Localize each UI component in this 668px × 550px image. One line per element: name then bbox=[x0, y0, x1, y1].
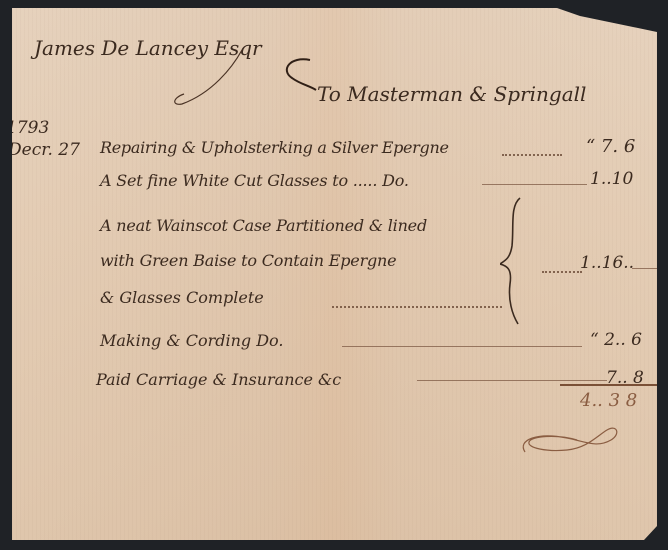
item-4-rule bbox=[632, 268, 657, 269]
flourish-under-addressee bbox=[172, 48, 252, 108]
grouping-brace bbox=[500, 196, 540, 326]
item-1-description: Repairing & Upholsterking a Silver Eperg… bbox=[100, 138, 449, 157]
date: Decr. 27 bbox=[8, 140, 80, 160]
payee-line: To Masterman & Springall bbox=[317, 82, 586, 106]
item-2-amount: 1..10 bbox=[590, 169, 633, 189]
item-5-leader bbox=[332, 306, 502, 308]
item-5-description: & Glasses Complete bbox=[100, 288, 264, 307]
item-1-amount: “ 7. 6 bbox=[586, 136, 635, 157]
item-6-rule bbox=[342, 346, 582, 347]
item-1-leader bbox=[502, 154, 562, 156]
total-amount: 4.. 3 8 bbox=[580, 390, 637, 411]
total-underline bbox=[560, 384, 657, 386]
year: 1793 bbox=[6, 118, 49, 138]
item-2-description: A Set fine White Cut Glasses to ..... Do… bbox=[100, 171, 409, 190]
item-4-leader bbox=[542, 271, 582, 273]
bill-paper: James De Lancey Esqr To Masterman & Spri… bbox=[12, 8, 657, 540]
item-4-description: with Green Baise to Contain Epergne bbox=[100, 251, 396, 270]
item-4-amount: 1..16.. bbox=[580, 253, 634, 273]
item-7-rule bbox=[417, 380, 607, 381]
item-6-description: Making & Cording Do. bbox=[100, 331, 283, 350]
item-7-description: Paid Carriage & Insurance &c bbox=[96, 370, 341, 389]
closing-flourish bbox=[517, 418, 627, 458]
flourish-before-payee bbox=[280, 56, 320, 96]
item-2-rule bbox=[482, 184, 587, 185]
item-6-amount: “ 2.. 6 bbox=[590, 330, 642, 350]
item-3-description: A neat Wainscot Case Partitioned & lined bbox=[100, 216, 427, 235]
